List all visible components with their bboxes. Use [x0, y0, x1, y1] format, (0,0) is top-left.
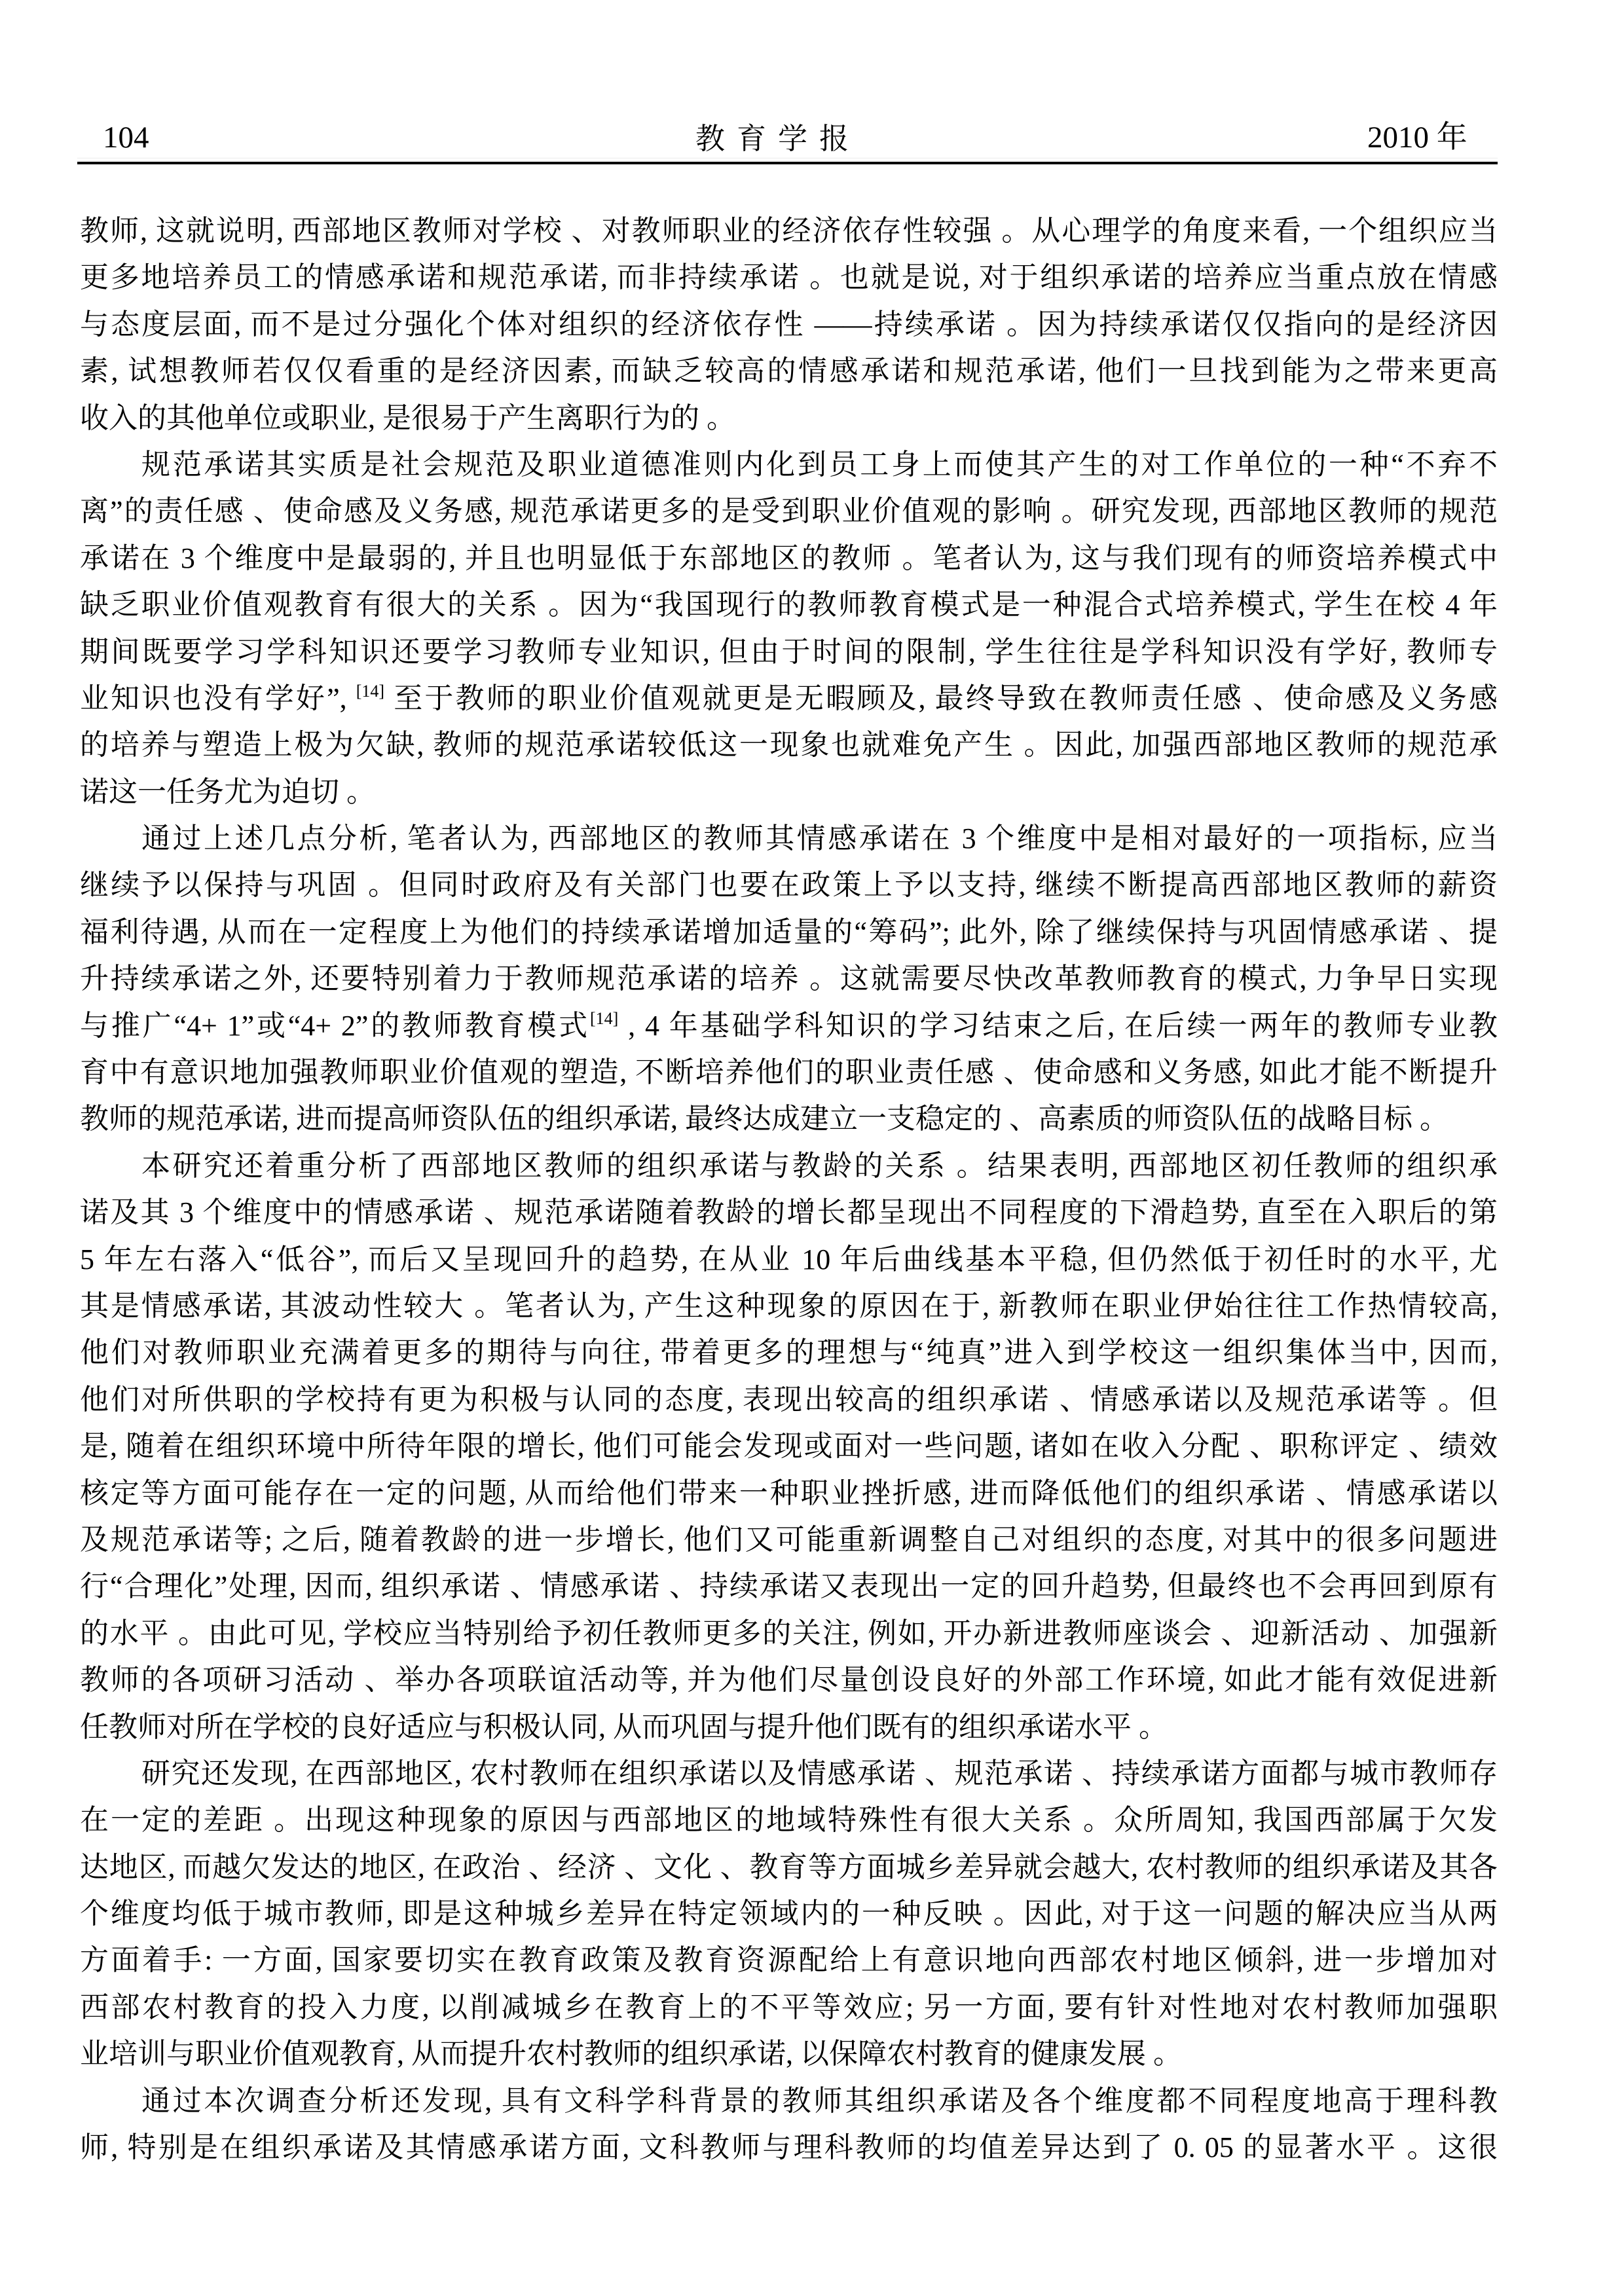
text-line: 及规范承诺等; 之后, 随着教龄的进一步增长, 他们又可能重新调整自己对组织的态…: [80, 1516, 1498, 1563]
paragraph: 研究还发现, 在西部地区, 农村教师在组织承诺以及情感承诺 、规范承诺 、持续承…: [80, 1750, 1498, 2078]
text-line: 与态度层面, 而不是过分强化个体对组织的经济依存性 ——持续承诺 。因为持续承诺…: [80, 301, 1498, 348]
page-number: 104: [103, 122, 149, 153]
text-line: 是, 随着在组织环境中所待年限的增长, 他们可能会发现或面对一些问题, 诸如在收…: [80, 1423, 1498, 1469]
text-line: 与推广“4+ 1”或“4+ 2”的教师教育模式[14] , 4 年基础学科知识的…: [80, 1002, 1498, 1049]
text-line: 福利待遇, 从而在一定程度上为他们的持续承诺增加适量的“筹码”; 此外, 除了继…: [80, 909, 1498, 955]
citation-marker: [14]: [590, 1009, 618, 1028]
text-line: 教师的各项研习活动 、举办各项联谊活动等, 并为他们尽量创设良好的外部工作环境,…: [80, 1657, 1498, 1703]
text-line: 期间既要学习学科知识还要学习教师专业知识, 但由于时间的限制, 学生往往是学科知…: [80, 629, 1498, 675]
text-line: 教师, 这就说明, 西部地区教师对学校 、对教师职业的经济依存性较强 。从心理学…: [80, 208, 1498, 254]
text-line: 教师的规范承诺, 进而提高师资队伍的组织承诺, 最终达成建立一支稳定的 、高素质…: [80, 1095, 1498, 1142]
paragraph: 通过本次调查分析还发现, 具有文科学科背景的教师其组织承诺及各个维度都不同程度地…: [80, 2078, 1498, 2171]
paragraph: 通过上述几点分析, 笔者认为, 西部地区的教师其情感承诺在 3 个维度中是相对最…: [80, 815, 1498, 1143]
text-segment: 至于教师的职业价值观就更是无暇顾及, 最终导致在教师责任感 、使命感及义务感: [384, 682, 1498, 714]
text-line: 5 年左右落入“低谷”, 而后又呈现回升的趋势, 在从业 10 年后曲线基本平稳…: [80, 1236, 1498, 1283]
paragraph: 本研究还着重分析了西部地区教师的组织承诺与教龄的关系 。结果表明, 西部地区初任…: [80, 1143, 1498, 1750]
text-line: 的培养与塑造上极为欠缺, 教师的规范承诺较低这一现象也就难免产生 。因此, 加强…: [80, 722, 1498, 768]
text-line: 在一定的差距 。出现这种现象的原因与西部地区的地域特殊性有很大关系 。众所周知,…: [80, 1797, 1498, 1843]
text-line: 缺乏职业价值观教育有很大的关系 。因为“我国现行的教师教育模式是一种混合式培养模…: [80, 581, 1498, 628]
text-line: 核定等方面可能存在一定的问题, 从而给他们带来一种职业挫折感, 进而降低他们的组…: [80, 1470, 1498, 1516]
text-line: 继续予以保持与巩固 。但同时政府及有关部门也要在政策上予以支持, 继续不断提高西…: [80, 862, 1498, 908]
text-line: 诺及其 3 个维度中的情感承诺 、规范承诺随着教龄的增长都呈现出不同程度的下滑趋…: [80, 1189, 1498, 1236]
text-line: 诺这一任务尤为迫切 。: [80, 769, 1498, 815]
header-rule: [77, 162, 1498, 164]
publication-year: 2010 年: [1367, 122, 1467, 153]
text-line: 业知识也没有学好”, [14] 至于教师的职业价值观就更是无暇顾及, 最终导致在…: [80, 675, 1498, 722]
citation-marker: [14]: [356, 682, 384, 701]
text-line: 西部农村教育的投入力度, 以削减城乡在教育上的不平等效应; 另一方面, 要有针对…: [80, 1984, 1498, 2030]
text-segment: 与推广“4+ 1”或“4+ 2”的教师教育模式: [80, 1010, 590, 1042]
header-rule-faint: [77, 158, 1498, 158]
text-line: 达地区, 而越欠发达的地区, 在政治 、经济 、文化 、教育等方面城乡差异就会越…: [80, 1844, 1498, 1890]
text-line: 业培训与职业价值观教育, 从而提升农村教师的组织承诺, 以保障农村教育的健康发展…: [80, 2030, 1498, 2077]
text-line: 更多地培养员工的情感承诺和规范承诺, 而非持续承诺 。也就是说, 对于组织承诺的…: [80, 254, 1498, 301]
text-segment: 业知识也没有学好”,: [80, 682, 356, 714]
text-line: 升持续承诺之外, 还要特别着力于教师规范承诺的培养 。这就需要尽快改革教师教育的…: [80, 955, 1498, 1002]
text-line: 的水平 。由此可见, 学校应当特别给予初任教师更多的关注, 例如, 开办新进教师…: [80, 1610, 1498, 1657]
text-line: 研究还发现, 在西部地区, 农村教师在组织承诺以及情感承诺 、规范承诺 、持续承…: [80, 1750, 1498, 1797]
paragraph: 规范承诺其实质是社会规范及职业道德准则内化到员工身上而使其产生的对工作单位的一种…: [80, 441, 1498, 815]
text-line: 素, 试想教师若仅仅看重的是经济因素, 而缺乏较高的情感承诺和规范承诺, 他们一…: [80, 348, 1498, 394]
paragraph: 教师, 这就说明, 西部地区教师对学校 、对教师职业的经济依存性较强 。从心理学…: [80, 208, 1498, 441]
journal-title: 教育学报: [695, 124, 860, 155]
text-line: 他们对所供职的学校持有更为积极与认同的态度, 表现出较高的组织承诺 、情感承诺以…: [80, 1376, 1498, 1423]
text-line: 方面着手: 一方面, 国家要切实在教育政策及教育资源配给上有意识地向西部农村地区…: [80, 1937, 1498, 1983]
text-line: 通过上述几点分析, 笔者认为, 西部地区的教师其情感承诺在 3 个维度中是相对最…: [80, 815, 1498, 862]
text-line: 本研究还着重分析了西部地区教师的组织承诺与教龄的关系 。结果表明, 西部地区初任…: [80, 1143, 1498, 1189]
text-line: 承诺在 3 个维度中是最弱的, 并且也明显低于东部地区的教师 。笔者认为, 这与…: [80, 535, 1498, 581]
article-body: 教师, 这就说明, 西部地区教师对学校 、对教师职业的经济依存性较强 。从心理学…: [80, 208, 1498, 2171]
text-line: 师, 特别是在组织承诺及其情感承诺方面, 文科教师与理科教师的均值差异达到了 0…: [80, 2124, 1498, 2171]
text-segment: , 4 年基础学科知识的学习结束之后, 在后续一两年的教师专业教: [618, 1010, 1498, 1042]
text-line: 他们对教师职业充满着更多的期待与向往, 带着更多的理想与“纯真”进入到学校这一组…: [80, 1329, 1498, 1376]
text-line: 其是情感承诺, 其波动性较大 。笔者认为, 产生这种现象的原因在于, 新教师在职…: [80, 1283, 1498, 1329]
text-line: 离”的责任感 、使命感及义务感, 规范承诺更多的是受到职业价值观的影响 。研究发…: [80, 488, 1498, 534]
text-line: 规范承诺其实质是社会规范及职业道德准则内化到员工身上而使其产生的对工作单位的一种…: [80, 441, 1498, 488]
text-line: 育中有意识地加强教师职业价值观的塑造, 不断培养他们的职业责任感 、使命感和义务…: [80, 1049, 1498, 1095]
text-line: 个维度均低于城市教师, 即是这种城乡差异在特定领域内的一种反映 。因此, 对于这…: [80, 1890, 1498, 1937]
text-line: 通过本次调查分析还发现, 具有文科学科背景的教师其组织承诺及各个维度都不同程度地…: [80, 2078, 1498, 2124]
text-line: 任教师对所在学校的良好适应与积极认同, 从而巩固与提升他们既有的组织承诺水平 。: [80, 1704, 1498, 1750]
text-line: 收入的其他单位或职业, 是很易于产生离职行为的 。: [80, 395, 1498, 441]
text-line: 行“合理化”处理, 因而, 组织承诺 、情感承诺 、持续承诺又表现出一定的回升趋…: [80, 1563, 1498, 1609]
